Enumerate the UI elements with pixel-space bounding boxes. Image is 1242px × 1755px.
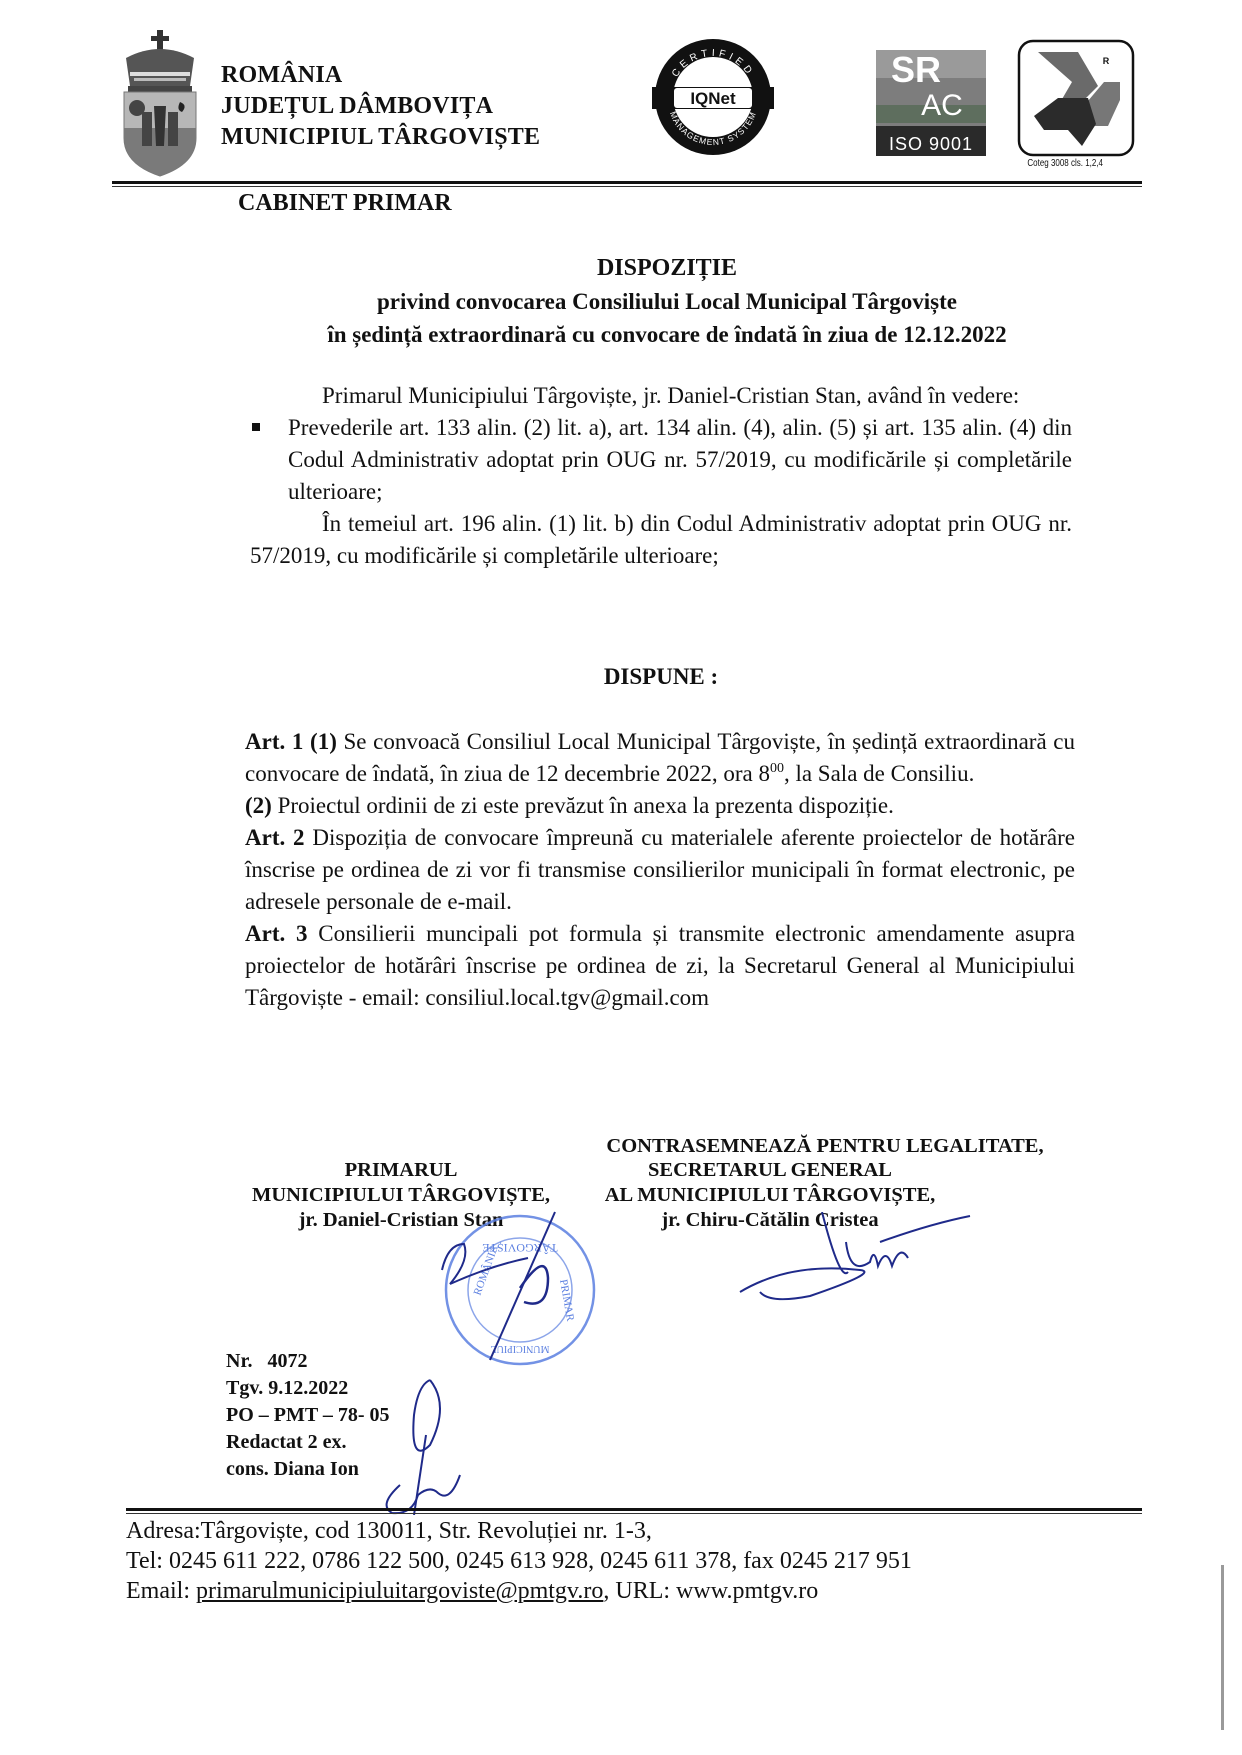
svg-text:ISO 9001: ISO 9001 [889,134,973,154]
article-2-label: Art. 2 [245,825,305,850]
articles: Art. 1 (1) Se convoacă Consiliul Local M… [245,726,1075,1014]
legal-basis-bullet: Prevederile art. 133 alin. (2) lit. a), … [250,412,1072,508]
article-1-para-1: Art. 1 (1) Se convoacă Consiliul Local M… [245,726,1075,790]
dispune-heading: DISPUNE : [250,664,1072,690]
article-3: Art. 3 Consilierii muncipali pot formula… [245,918,1075,1014]
svg-text:R: R [1103,56,1110,66]
iqnet-text: IQNet [690,89,736,108]
footer-address: Adresa:Târgoviște, cod 130011, Str. Revo… [126,1516,912,1546]
footer-contact: Adresa:Târgoviște, cod 130011, Str. Revo… [126,1516,912,1606]
legal-basis-paragraph: În temeiul art. 196 alin. (1) lit. b) di… [250,508,1072,572]
certification-mark-logo: R [1016,38,1136,158]
secretary-handwritten-signature-icon [730,1212,990,1302]
mayor-role: PRIMARUL [216,1158,586,1183]
header-divider [112,181,1142,187]
article-1-sub: (1) [310,729,337,754]
secretary-role: SECRETARUL GENERAL [560,1158,980,1183]
iqnet-certification-logo: IQNet CERTIFIED MANAGEMENT SYSTEM [652,36,774,158]
header-country: ROMÂNIA [221,60,540,91]
preamble: Primarul Municipiului Târgoviște, jr. Da… [250,380,1072,572]
svg-text:PRIMAR: PRIMAR [557,1278,576,1322]
institution-header: ROMÂNIA JUDEȚUL DÂMBOVIȚA MUNICIPIUL TÂR… [221,60,540,153]
article-3-label: Art. 3 [245,921,308,946]
document-title: DISPOZIȚIE privind convocarea Consiliulu… [250,252,1084,351]
article-1-para-2: (2) Proiectul ordinii de zi este prevăzu… [245,790,1075,822]
srac-iso-9001-logo: SR AC ISO 9001 [876,50,986,156]
footer-email-link[interactable]: primarulmunicipiuluitargoviste@pmtgv.ro [196,1578,603,1604]
registry-copies: Redactat 2 ex. [226,1429,390,1456]
author-initials-signature-icon [370,1375,490,1515]
registry-number: Nr. 4072 [226,1348,390,1375]
article-1-label: Art. 1 [245,729,303,754]
footer-phone: Tel: 0245 611 222, 0786 122 500, 0245 61… [126,1546,912,1576]
mayor-institution: MUNICIPIULUI TÂRGOVIȘTE, [216,1183,586,1208]
scan-edge-artifact [1221,1565,1224,1730]
secretary-institution: AL MUNICIPIULUI TÂRGOVIȘTE, [560,1183,980,1208]
footer-url-link[interactable]: www.pmtgv.ro [676,1578,818,1604]
bullet-icon [252,423,260,431]
legal-basis-text: Prevederile art. 133 alin. (2) lit. a), … [288,415,1072,504]
department-label: CABINET PRIMAR [238,190,452,217]
title-main: DISPOZIȚIE [250,252,1084,285]
registry-author: cons. Diana Ion [226,1456,390,1483]
coat-of-arms-icon [120,28,200,178]
svg-text:SR: SR [891,50,941,90]
registry-date: Tgv. 9.12.2022 [226,1375,390,1402]
registry-info: Nr. 4072 Tgv. 9.12.2022 PO – PMT – 78- 0… [226,1348,390,1483]
article-2: Art. 2 Dispoziția de convocare împreună … [245,822,1075,918]
official-stamp-icon: TÂRGOVIȘTE ROMÂNIA PRIMAR MUNICIPIUL [420,1210,610,1370]
title-subject-line2: în ședință extraordinară cu convocare de… [250,318,1084,351]
article-1-sub-2: (2) [245,793,272,818]
header-municipality: MUNICIPIUL TÂRGOVIȘTE [221,122,540,153]
countersign-heading: CONTRASEMNEAZĂ PENTRU LEGALITATE, [540,1134,1110,1159]
title-subject-line1: privind convocarea Consiliului Local Mun… [250,285,1084,318]
footer-divider [126,1508,1142,1514]
header-county: JUDEȚUL DÂMBOVIȚA [221,91,540,122]
registry-procedure: PO – PMT – 78- 05 [226,1402,390,1429]
svg-text:AC: AC [921,89,963,122]
certification-caption: Coteg 3008 cls. 1,2,4 [1018,158,1112,169]
svg-text:MUNICIPIUL: MUNICIPIUL [491,1343,550,1354]
footer-email-line: Email: primarulmunicipiuluitargoviste@pm… [126,1576,912,1606]
preamble-intro: Primarul Municipiului Târgoviște, jr. Da… [250,380,1072,412]
